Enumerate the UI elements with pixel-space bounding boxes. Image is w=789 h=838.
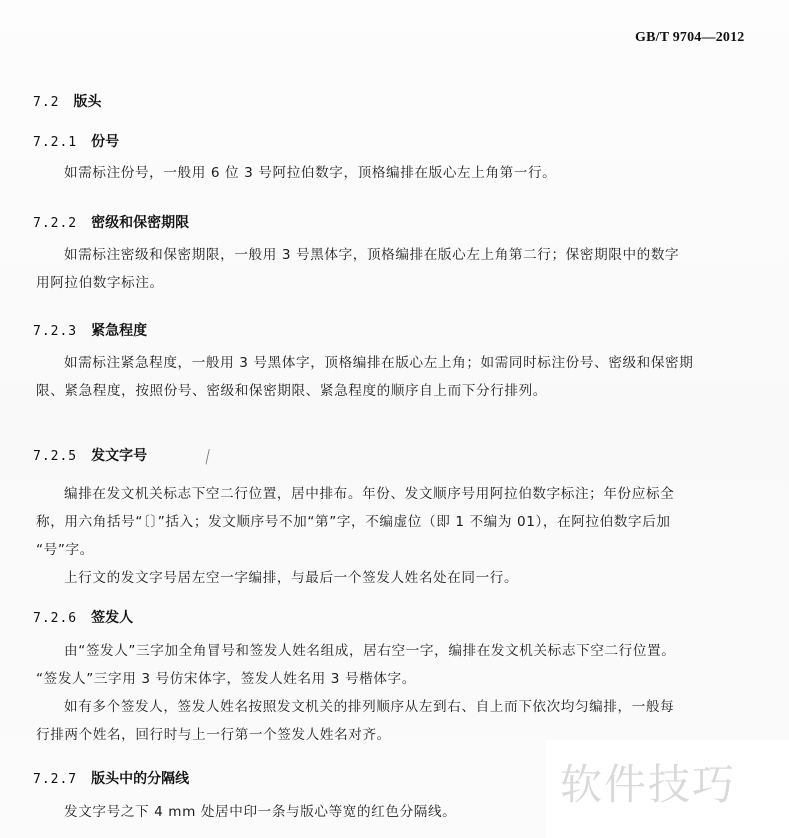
paragraph-line: 由“签发人”三字加全角冒号和签发人姓名组成，居右空一字，编排在发文机关标志下空二… xyxy=(36,637,776,665)
paragraph-line: 如有多个签发人，签发人姓名按照发文机关的排列顺序从左到右、自上而下依次均匀编排，… xyxy=(36,693,776,721)
section-title: 版头 xyxy=(73,94,101,110)
paragraph-7-2-3: 如需标注紧急程度，一般用 3 号黑体字，顶格编排在版心左上角；如需同时标注份号、… xyxy=(36,349,776,405)
paragraph-7-2-2: 如需标注密级和保密期限，一般用 3 号黑体字，顶格编排在版心左上角第二行；保密期… xyxy=(36,241,776,297)
section-heading-7-2-5: 7.2.5发文字号 xyxy=(33,445,147,465)
section-title: 版头中的分隔线 xyxy=(91,771,189,787)
section-heading-7-2-3: 7.2.3紧急程度 xyxy=(33,320,147,340)
section-number: 7.2.1 xyxy=(33,135,77,150)
section-title: 紧急程度 xyxy=(91,323,147,339)
paragraph-line: 编排在发文机关标志下空二行位置，居中排布。年份、发文顺序号用阿拉伯数字标注；年份… xyxy=(36,480,776,508)
paragraph-7-2-1: 如需标注份号，一般用 6 位 3 号阿拉伯数字，顶格编排在版心左上角第一行。 xyxy=(36,159,776,187)
paragraph-line: “号”字。 xyxy=(36,536,776,564)
paragraph-line: 上行文的发文字号居左空一字编排，与最后一个签发人姓名处在同一行。 xyxy=(36,564,776,592)
watermark-text: 软件技巧 xyxy=(560,752,736,812)
paragraph-line: 如需标注紧急程度，一般用 3 号黑体字，顶格编排在版心左上角；如需同时标注份号、… xyxy=(36,349,776,377)
document-page: GB/T 9704—2012 7.2版头 7.2.1份号 如需标注份号，一般用 … xyxy=(0,0,789,838)
paragraph-7-2-6: 由“签发人”三字加全角冒号和签发人姓名组成，居右空一字，编排在发文机关标志下空二… xyxy=(36,637,776,749)
section-heading-7-2: 7.2版头 xyxy=(33,91,101,111)
paragraph-line: “签发人”三字用 3 号仿宋体字，签发人姓名用 3 号楷体字。 xyxy=(36,665,776,693)
section-number: 7.2.6 xyxy=(33,611,77,626)
section-heading-7-2-1: 7.2.1份号 xyxy=(33,131,119,151)
section-heading-7-2-6: 7.2.6签发人 xyxy=(33,607,133,627)
section-title: 发文字号 xyxy=(91,448,147,464)
paragraph-line: 限、紧急程度，按照份号、密级和保密期限、紧急程度的顺序自上而下分行排列。 xyxy=(36,377,776,405)
section-title: 份号 xyxy=(91,134,119,150)
paragraph-line: 如需标注密级和保密期限，一般用 3 号黑体字，顶格编排在版心左上角第二行；保密期… xyxy=(36,241,776,269)
paragraph-line: 用阿拉伯数字标注。 xyxy=(36,269,776,297)
paragraph-line: 如需标注份号，一般用 6 位 3 号阿拉伯数字，顶格编排在版心左上角第一行。 xyxy=(36,159,776,187)
paragraph-7-2-5: 编排在发文机关标志下空二行位置，居中排布。年份、发文顺序号用阿拉伯数字标注；年份… xyxy=(36,480,776,592)
section-heading-7-2-2: 7.2.2密级和保密期限 xyxy=(33,212,189,232)
section-title: 签发人 xyxy=(91,610,133,626)
section-number: 7.2.3 xyxy=(33,324,77,339)
paragraph-line: 称，用六角括号“〔〕”括入；发文顺序号不加“第”字，不编虚位（即 1 不编为 0… xyxy=(36,508,776,536)
section-number: 7.2 xyxy=(33,95,59,110)
section-heading-7-2-7: 7.2.7版头中的分隔线 xyxy=(33,768,189,788)
pen-mark xyxy=(205,449,211,465)
section-number: 7.2.5 xyxy=(33,449,77,464)
standard-number: GB/T 9704—2012 xyxy=(635,30,745,46)
section-number: 7.2.2 xyxy=(33,216,77,231)
section-title: 密级和保密期限 xyxy=(91,215,189,231)
section-number: 7.2.7 xyxy=(33,772,77,787)
